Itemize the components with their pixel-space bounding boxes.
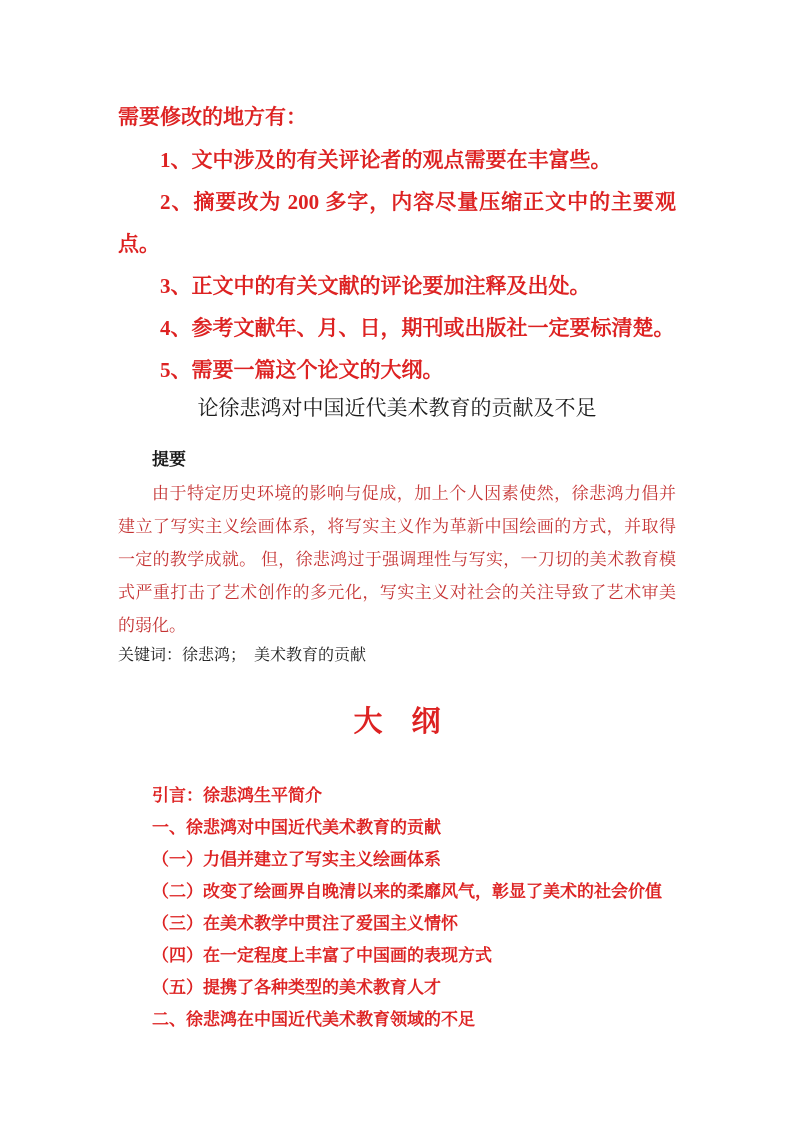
outline-item-1-2: （二）改变了绘画界自晚清以来的柔靡风气，彰显了美术的社会价值	[118, 876, 676, 908]
revision-item-5: 5、需要一篇这个论文的大纲。	[118, 349, 676, 391]
document-page: 需要修改的地方有： 1、文中涉及的有关评论者的观点需要在丰富些。 2、摘要改为 …	[0, 0, 793, 1122]
outline-item-section-1: 一、徐悲鸿对中国近代美术教育的贡献	[118, 812, 676, 844]
outline-item-section-2: 二、徐悲鸿在中国近代美术教育领域的不足	[118, 1004, 676, 1036]
keywords-line: 关键词：徐悲鸿； 美术教育的贡献	[118, 642, 676, 670]
outline-item-intro: 引言：徐悲鸿生平简介	[118, 780, 676, 812]
revision-item-2: 2、摘要改为 200 多字，内容尽量压缩正文中的主要观点。	[118, 181, 676, 265]
keywords-text: 徐悲鸿； 美术教育的贡献	[182, 647, 366, 664]
revision-item-4: 4、参考文献年、月、日，期刊或出版社一定要标清楚。	[118, 307, 676, 349]
revision-notes-heading: 需要修改的地方有：	[118, 95, 676, 139]
outline-item-1-1: （一）力倡并建立了写实主义绘画体系	[118, 844, 676, 876]
outline-list: 引言：徐悲鸿生平简介 一、徐悲鸿对中国近代美术教育的贡献 （一）力倡并建立了写实…	[118, 780, 676, 1036]
outline-item-1-3: （三）在美术教学中贯注了爱国主义情怀	[118, 908, 676, 940]
revision-item-1: 1、文中涉及的有关评论者的观点需要在丰富些。	[118, 139, 676, 181]
keywords-label: 关键词：	[118, 647, 182, 664]
outline-item-1-5: （五）提携了各种类型的美术教育人才	[118, 972, 676, 1004]
revision-item-3: 3、正文中的有关文献的评论要加注释及出处。	[118, 265, 676, 307]
paper-title: 论徐悲鸿对中国近代美术教育的贡献及不足	[118, 391, 676, 427]
abstract-label: 提要	[118, 445, 676, 475]
outline-item-1-4: （四）在一定程度上丰富了中国画的表现方式	[118, 940, 676, 972]
abstract-text: 由于特定历史环境的影响与促成，加上个人因素使然，徐悲鸿力倡并建立了写实主义绘画体…	[118, 477, 676, 642]
outline-title: 大 纲	[118, 700, 676, 744]
